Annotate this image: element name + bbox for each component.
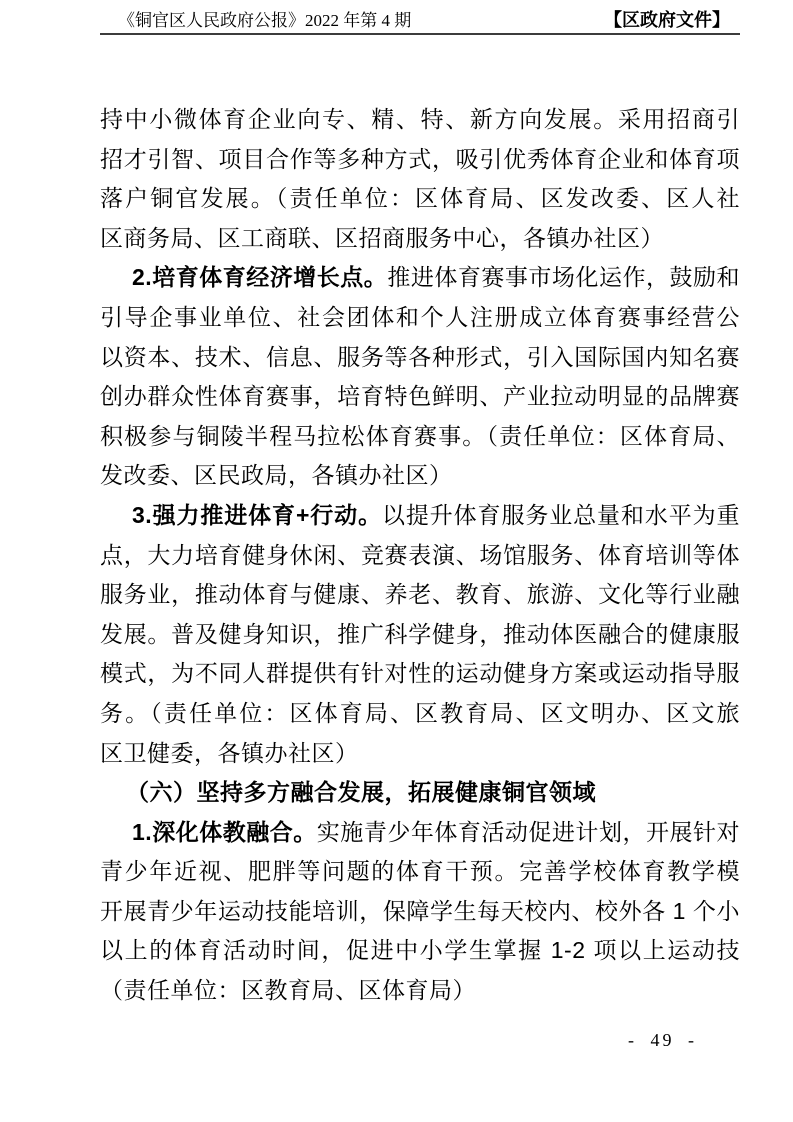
text-run: 积极参与铜陵半程马拉松体育赛事。（责任单位：区体育局、区 [100, 423, 740, 457]
document-page: 《铜官区人民政府公报》2022 年第 4 期 【区政府文件】 持中小微体育企业向… [0, 0, 793, 1122]
body-line: 区卫健委，各镇办社区） [100, 734, 740, 774]
text-run: 务。（责任单位：区体育局、区教育局、区文明办、区文旅局、 [100, 700, 740, 734]
text-run: （责任单位：区教育局、区体育局） [100, 977, 476, 1003]
body-line: 发改委、区民政局，各镇办社区） [100, 456, 740, 496]
page-number: - 49 - [628, 1030, 697, 1051]
section-heading: （六）坚持多方融合发展，拓展健康铜官领域 [100, 773, 740, 813]
body-line: 招才引智、项目合作等多种方式，吸引优秀体育企业和体育项目 [100, 140, 740, 180]
body-line: 引导企事业单位、社会团体和个人注册成立体育赛事经营公司， [100, 298, 740, 338]
body-line: 以资本、技术、信息、服务等各种形式，引入国际国内知名赛事， [100, 338, 740, 378]
text-run: 引导企事业单位、社会团体和个人注册成立体育赛事经营公司， [100, 304, 740, 338]
gazette-title: 《铜官区人民政府公报》2022 年第 4 期 [118, 8, 411, 33]
bold-run: （六）坚持多方融合发展，拓展健康铜官领域 [126, 779, 596, 805]
text-run: 服务业，推动体育与健康、养老、教育、旅游、文化等行业融合 [100, 581, 740, 615]
body-line: 1.深化体教融合。实施青少年体育活动促进计划，开展针对 [100, 813, 740, 853]
header-divider [100, 33, 740, 35]
bold-run: 3.强力推进体育+行动。 [132, 502, 382, 528]
body-line: 创办群众性体育赛事，培育特色鲜明、产业拉动明显的品牌赛事。 [100, 377, 740, 417]
body-line: 青少年近视、肥胖等问题的体育干预。完善学校体育教学模式， [100, 852, 740, 892]
page-header: 《铜官区人民政府公报》2022 年第 4 期 【区政府文件】 [100, 8, 740, 33]
text-run: 以提升体育服务业总量和水平为重 [382, 502, 740, 528]
body-line: 开展青少年运动技能培训，保障学生每天校内、校外各 1 个小时 [100, 892, 740, 932]
body-line: 3.强力推进体育+行动。以提升体育服务业总量和水平为重 [100, 496, 740, 536]
text-run: 招才引智、项目合作等多种方式，吸引优秀体育企业和体育项目 [100, 146, 740, 180]
body-line: 持中小微体育企业向专、精、特、新方向发展。采用招商引资、 [100, 100, 740, 140]
body-line: 模式，为不同人群提供有针对性的运动健身方案或运动指导服 [100, 654, 740, 694]
body-line: 发展。普及健身知识，推广科学健身，推动体医融合的健康服务 [100, 615, 740, 655]
text-run: 开展青少年运动技能培训，保障学生每天校内、校外各 1 个小时 [100, 898, 740, 932]
document-category-tag: 【区政府文件】 [604, 8, 730, 33]
body-text: 持中小微体育企业向专、精、特、新方向发展。采用招商引资、招才引智、项目合作等多种… [100, 100, 740, 1011]
text-run: 模式，为不同人群提供有针对性的运动健身方案或运动指导服 [100, 660, 740, 686]
body-line: 服务业，推动体育与健康、养老、教育、旅游、文化等行业融合 [100, 575, 740, 615]
body-line: 落户铜官发展。（责任单位：区体育局、区发改委、区人社局、 [100, 179, 740, 219]
text-run: 区卫健委，各镇办社区） [100, 740, 359, 766]
body-line: 区商务局、区工商联、区招商服务中心，各镇办社区） [100, 219, 740, 259]
body-line: （责任单位：区教育局、区体育局） [100, 971, 740, 1011]
text-run: 以上的体育活动时间，促进中小学生掌握 1-2 项以上运动技能。 [100, 937, 740, 971]
text-run: 青少年近视、肥胖等问题的体育干预。完善学校体育教学模式， [100, 858, 740, 892]
text-run: 推进体育赛事市场化运作，鼓励和 [387, 264, 740, 290]
body-line: 务。（责任单位：区体育局、区教育局、区文明办、区文旅局、 [100, 694, 740, 734]
bold-run: 2.培育体育经济增长点。 [132, 264, 387, 290]
text-run: 落户铜官发展。（责任单位：区体育局、区发改委、区人社局、 [100, 185, 740, 219]
text-run: 实施青少年体育活动促进计划，开展针对 [317, 819, 740, 845]
text-run: 创办群众性体育赛事，培育特色鲜明、产业拉动明显的品牌赛事。 [100, 383, 740, 417]
body-line: 2.培育体育经济增长点。推进体育赛事市场化运作，鼓励和 [100, 258, 740, 298]
text-run: 发展。普及健身知识，推广科学健身，推动体医融合的健康服务 [100, 621, 740, 655]
bold-run: 1.深化体教融合。 [132, 819, 317, 845]
text-run: 持中小微体育企业向专、精、特、新方向发展。采用招商引资、 [100, 106, 740, 140]
body-line: 以上的体育活动时间，促进中小学生掌握 1-2 项以上运动技能。 [100, 931, 740, 971]
text-run: 点，大力培育健身休闲、竞赛表演、场馆服务、体育培训等体育 [100, 542, 740, 576]
body-line: 积极参与铜陵半程马拉松体育赛事。（责任单位：区体育局、区 [100, 417, 740, 457]
text-run: 区商务局、区工商联、区招商服务中心，各镇办社区） [100, 225, 664, 251]
body-line: 点，大力培育健身休闲、竞赛表演、场馆服务、体育培训等体育 [100, 536, 740, 576]
text-run: 发改委、区民政局，各镇办社区） [100, 462, 453, 488]
text-run: 以资本、技术、信息、服务等各种形式，引入国际国内知名赛事， [100, 344, 740, 378]
